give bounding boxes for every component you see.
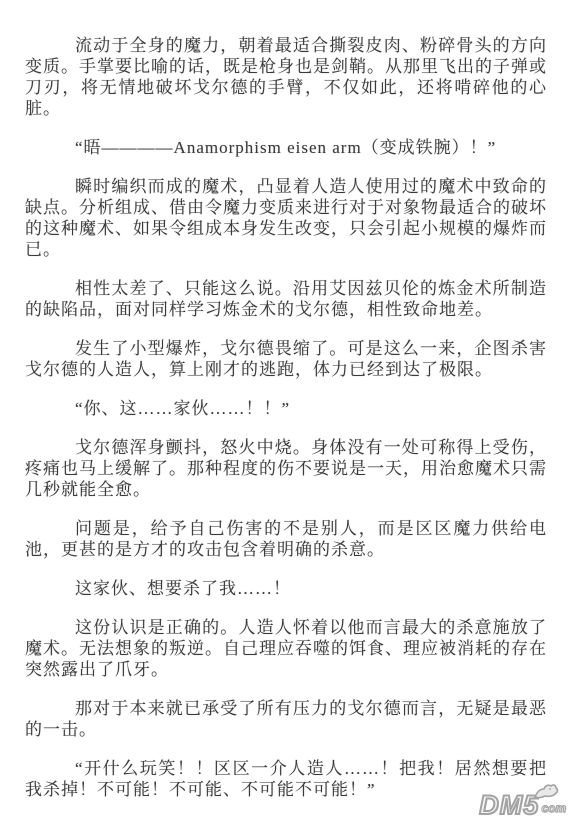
paragraph-5: 发生了小型爆炸，戈尔德畏缩了。可是这么一来，企图杀害戈尔德的人造人，算上刚才的逃… [25, 338, 547, 380]
dm5-logo-text: DM5 [479, 793, 539, 817]
paragraph-8: 问题是，给予自己伤害的不是别人，而是区区魔力供给电池，更甚的是方才的攻击包含着明… [25, 518, 547, 560]
novel-page: 流动于全身的魔力，朝着最适合撕裂皮肉、粉碎骨头的方向变质。手掌要比喻的话，既是枪… [0, 0, 583, 828]
dm5-watermark: DM5 com [479, 793, 566, 817]
dialogue-paragraph-12: “开什么玩笑！！区区一介人造人……！把我！居然想要把我杀掉！不可能！不可能、不可… [25, 758, 547, 800]
paragraph-4: 相性太差了、只能这么说。沿用艾因兹贝伦的炼金术所制造的缺陷品，面对同样学习炼金术… [25, 278, 547, 320]
dm5-logo-suffix: com [541, 801, 566, 815]
dialogue-paragraph-6: “你、这……家伙……！！” [25, 398, 547, 419]
paragraph-11: 那对于本来就已承受了所有压力的戈尔德而言，无疑是最恶的一击。 [25, 698, 547, 740]
thought-paragraph-9: 这家伙、想要杀了我……！ [25, 578, 547, 599]
mascot-icon [533, 783, 559, 800]
paragraph-10: 这份认识是正确的。人造人怀着以他而言最大的杀意施放了魔术。无法想象的叛逆。自己理… [25, 617, 547, 680]
paragraph-1: 流动于全身的魔力，朝着最适合撕裂皮肉、粉碎骨头的方向变质。手掌要比喻的话，既是枪… [25, 35, 547, 119]
dialogue-paragraph-2: “晤————Anamorphism eisen arm（变成铁腕）！” [25, 137, 547, 158]
paragraph-3: 瞬时编织而成的魔术，凸显着人造人使用过的魔术中致命的缺点。分析组成、借由令魔力变… [25, 176, 547, 260]
novel-text-block: 流动于全身的魔力，朝着最适合撕裂皮肉、粉碎骨头的方向变质。手掌要比喻的话，既是枪… [25, 35, 547, 818]
paragraph-7: 戈尔德浑身颤抖，怒火中烧。身体没有一处可称得上受伤，疼痛也马上缓解了。那种程度的… [25, 437, 547, 500]
